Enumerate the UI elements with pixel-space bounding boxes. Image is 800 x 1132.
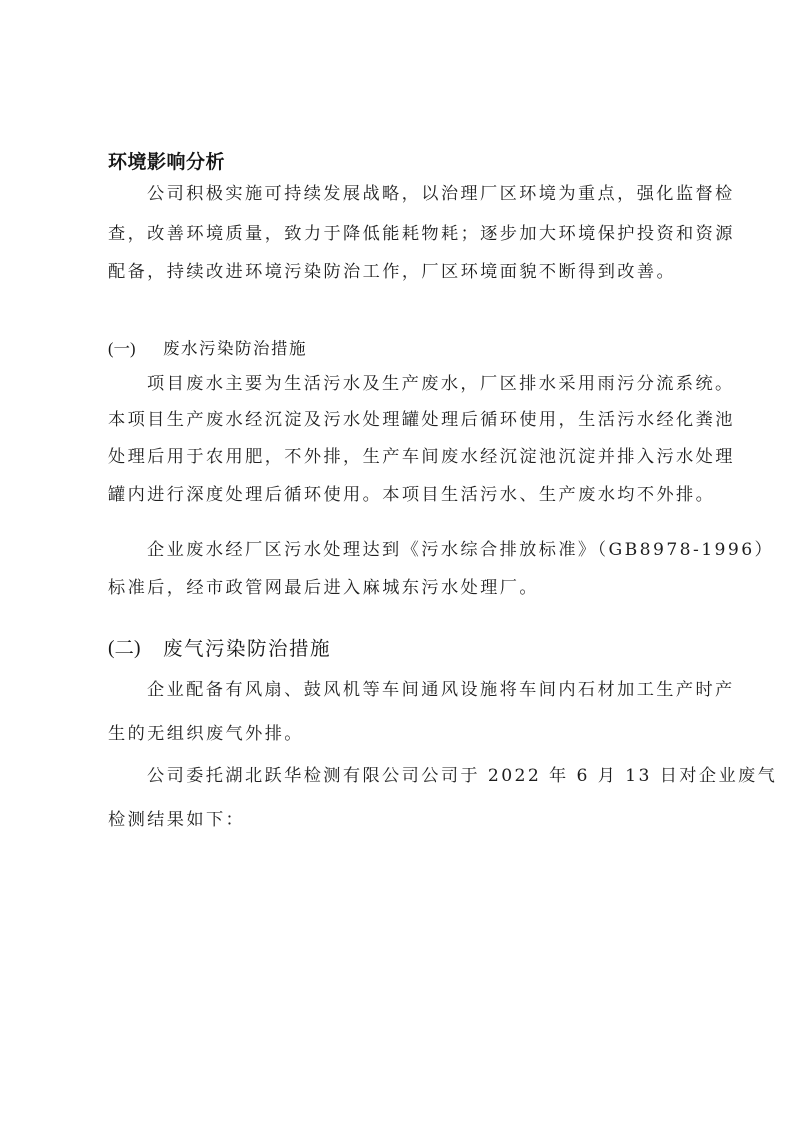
paragraph-line: 查，改善环境质量，致力于降低能耗物耗；逐步加大环境保护投资和资源 <box>108 226 700 243</box>
paragraph-line: 配备，持续改进环境污染防治工作，厂区环境面貌不断得到改善。 <box>108 262 676 284</box>
section-heading: (一) 废水污染防治措施 <box>108 338 307 360</box>
paragraph-line: 处理后用于农用肥，不外排，生产车间废水经沉淀池沉淀并排入污水处理 <box>108 449 700 466</box>
paragraph-line: 本项目生产废水经沉淀及污水处理罐处理后循环使用，生活污水经化粪池 <box>108 412 700 429</box>
paragraph-line: 企业废水经厂区污水处理达到《污水综合排放标准》（GB8978-1996） <box>147 542 700 559</box>
section-heading-text: 废水污染防治措施 <box>163 341 307 358</box>
paragraph-line: 检测结果如下： <box>108 810 245 832</box>
paragraph-line: 生的无组织废气外排。 <box>108 724 304 746</box>
document-page: 环境影响分析 公司积极实施可持续发展战略，以治理厂区环境为重点，强化监督检 查，… <box>0 0 800 1132</box>
paragraph-line: 标准后，经市政管网最后进入麻城东污水处理厂。 <box>108 578 539 600</box>
paragraph-line: 公司委托湖北跃华检测有限公司公司于 2022 年 6 月 13 日对企业废气 <box>147 768 700 785</box>
section-number: (一) <box>108 341 163 358</box>
paragraph-line: 公司积极实施可持续发展战略，以治理厂区环境为重点，强化监督检 <box>147 186 700 203</box>
paragraph-line: 企业配备有风扇、鼓风机等车间通风设施将车间内石材加工生产时产 <box>147 682 700 699</box>
paragraph-line: 项目废水主要为生活污水及生产废水，厂区排水采用雨污分流系统。 <box>147 376 700 393</box>
section-heading-text: 废气污染防治措施 <box>163 639 331 659</box>
section-number: (二) <box>108 639 163 659</box>
page-title: 环境影响分析 <box>108 151 225 173</box>
section-heading: (二) 废气污染防治措施 <box>108 638 331 660</box>
paragraph-line: 罐内进行深度处理后循环使用。本项目生活污水、生产废水均不外排。 <box>108 485 715 507</box>
